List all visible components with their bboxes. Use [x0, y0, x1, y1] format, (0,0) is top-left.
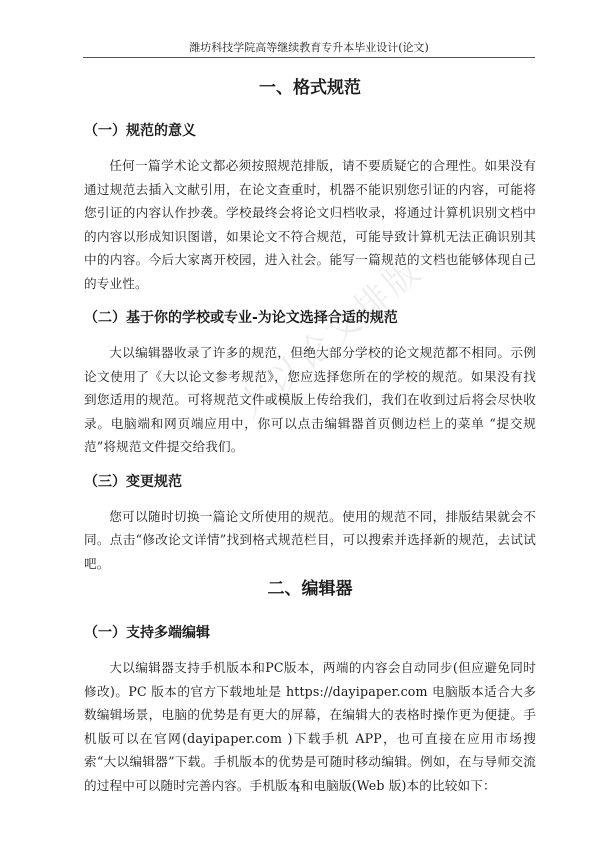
document-body: 一、格式规范 （一）规范的意义 任何一篇学术论文都必须按照规范排版，请不要质疑它…: [84, 72, 536, 797]
paragraph-change-spec: 您可以随时切换一篇论文所使用的规范。使用的规范不同，排版结果就会不同。点击“修改…: [84, 505, 536, 576]
subsection-title-multi-device: （一）支持多端编辑: [84, 623, 536, 643]
paragraph-multi-device: 大以编辑器支持手机版本和PC版本，两端的内容会自动同步(但应避免同时修改)。PC…: [84, 656, 536, 797]
paragraph-meaning: 任何一篇学术论文都必须按照规范排版，请不要质疑它的合理性。如果没有通过规范去插入…: [84, 154, 536, 295]
section-title-editor: 二、编辑器: [84, 577, 536, 601]
subsection-title-change-spec: （三）变更规范: [84, 472, 536, 492]
subsection-title-choose-spec: （二）基于你的学校或专业-为论文选择合适的规范: [84, 308, 536, 328]
page-number: 1: [0, 784, 595, 795]
paragraph-choose-spec: 大以编辑器收录了许多的规范，但绝大部分学校的论文规范都不相同。示例论文使用了《大…: [84, 341, 536, 459]
page-header: 潍坊科技学院高等继续教育专升本毕业设计(论文): [83, 40, 535, 58]
subsection-title-meaning: （一）规范的意义: [84, 121, 536, 141]
header-title: 潍坊科技学院高等继续教育专升本毕业设计(论文): [189, 41, 429, 54]
section-title-format: 一、格式规范: [84, 76, 536, 100]
